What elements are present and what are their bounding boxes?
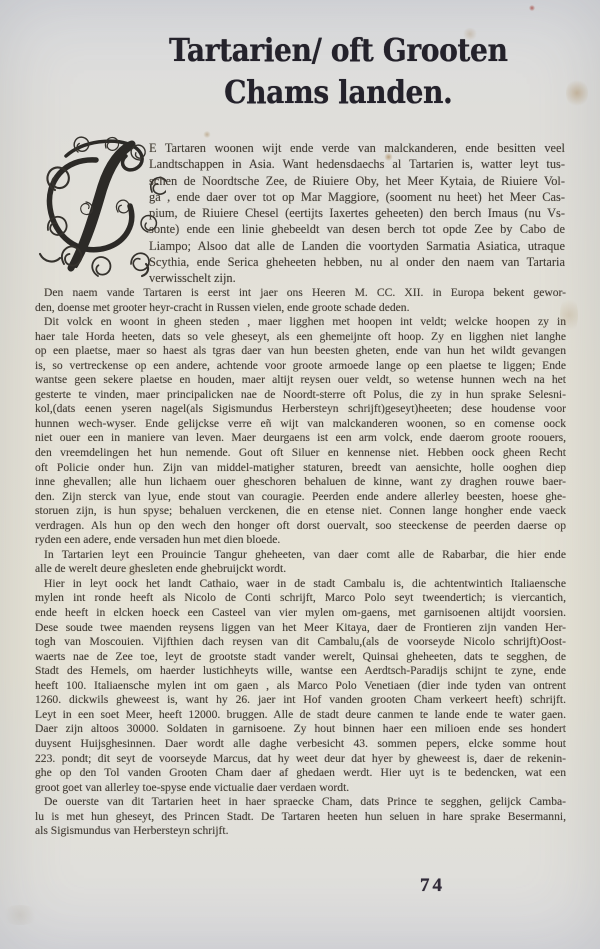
text-line: niet ouer een in maniere van leven. Maer… <box>35 431 566 446</box>
text-line: gesterte te vinden, maer principalicken … <box>35 388 566 403</box>
text-line: pium, de Riuiere Chesel (eertijts Iaxert… <box>149 205 565 221</box>
text-line: Daer zijn altoos 30000. Soldaten in garn… <box>35 722 566 737</box>
text-line: Landtschappen in Asia. Want hedensdaechs… <box>149 156 565 172</box>
scanned-book-page: { "title": { "line1": "Tartarien/ oft Gr… <box>0 0 600 949</box>
text-line: wantse geen sekere plaetse en houden, ma… <box>35 373 566 388</box>
text-line: groot goet van allerley toe-spyse ende v… <box>35 781 566 796</box>
text-line: den, doense met grooter heyr-cracht in R… <box>35 301 566 316</box>
text-line: De ouerste van dit Tartarien heet in hae… <box>35 795 566 810</box>
text-line: kol,(dats eenen yseren nagel(als Sigismu… <box>35 402 566 417</box>
page: Tartarien/ oft Grooten Chams landen. E T… <box>0 0 600 949</box>
text-line: als Sigismundus van Herbersteyn schrijft… <box>35 824 566 839</box>
text-line: Den naem vande Tartaren is eerst int jae… <box>35 286 566 301</box>
text-line: haer tale Horda heeten, dats so vele ghe… <box>35 330 566 345</box>
text-line: is, so vertreckense op een andere, achte… <box>35 359 566 374</box>
paragraph-naem: Den naem vande Tartaren is eerst int jae… <box>35 286 566 315</box>
text-line: verdragen. Als hun op den wech den honge… <box>35 519 566 534</box>
text-line: ryden een adere, ende versaden hun met d… <box>35 533 566 548</box>
title-line-2: Chams landen. <box>105 72 600 112</box>
text-line: Liampo; Alsoo dat alle de Landen die voo… <box>149 238 565 254</box>
text-line: ga , ende daer over tot op Mar Maggiore,… <box>149 189 565 205</box>
text-line: alle de werelt deure ghesleten ende gheb… <box>35 562 566 577</box>
text-line: mylen int ronde heeft als Nicolo de Cont… <box>35 591 566 606</box>
text-line: Leyt in een soet Meer, heeft 12000. brug… <box>35 708 566 723</box>
text-line: lu is met hun gheseyt, des Princen Stadt… <box>35 810 566 825</box>
text-line: op een plaetse, maer so haest als tgras … <box>35 344 566 359</box>
text-line: schen de Noordtsche Zee, de Riuiere Oby,… <box>149 173 565 189</box>
text-line: verwisschelt zijn. <box>149 270 565 286</box>
text-line: Dese soude twee maenden reysens liggen v… <box>35 621 566 636</box>
paper-stain <box>203 131 211 138</box>
text-line: storuen zijn, is hun spyse; behaluen ver… <box>35 504 566 519</box>
ornate-initial-d-icon <box>34 136 166 286</box>
text-line: heeft 100. Italiaensche mylen int om gae… <box>35 679 566 694</box>
text-line: den. Zijn sterck van lyue, ende stout va… <box>35 490 566 505</box>
text-line: E Tartaren woonen wijt ende verde van ma… <box>149 140 565 156</box>
paragraph-cathaio: Hier in leyt oock het landt Cathaio, wae… <box>35 577 566 795</box>
title-line-1: Tartarien/ oft Grooten <box>105 30 600 70</box>
text-line: ghe op den Tol vanden Grooten Cham daer … <box>35 766 566 781</box>
text-line: inne ghevallen; alle hun lichaem ouer gh… <box>35 475 566 490</box>
text-line: oft Policie onder hun. Zijn van middel-m… <box>35 461 566 476</box>
text-line: sonte) ende een linie ghebeeldt van dese… <box>149 221 565 237</box>
text-line: Scythia, ende Serica gheheeten hebben, n… <box>149 254 565 270</box>
page-number: 74 <box>420 875 445 897</box>
text-line: 223. pondt; dit seyt de voorseyde Marcus… <box>35 752 566 767</box>
text-line: In Tartarien leyt een Prouincie Tangur g… <box>35 548 566 563</box>
red-ink-speck <box>529 5 535 11</box>
text-line: den vreemdelingen het hun nemende. Gout … <box>35 446 566 461</box>
paragraph-intro: E Tartaren woonen wijt ende verde van ma… <box>149 140 565 287</box>
text-line: 1260. dickwils gheweest is, want hy 26. … <box>35 693 566 708</box>
text-line: togh van Moscouien. Vijfthien dach reyse… <box>35 635 566 650</box>
text-line: ende heeft in elcken hoeck een Casteel v… <box>35 606 566 621</box>
paragraph-volck: Dit volck en woont in gheen steden , mae… <box>35 315 566 548</box>
paper-stain <box>0 905 40 925</box>
text-line: hunnen wech-wyser. Ende gelijckse verre … <box>35 417 566 432</box>
text-line: duysent Huijsghesinnen. Daer wordt alle … <box>35 737 566 752</box>
text-column: Den naem vande Tartaren is eerst int jae… <box>35 286 566 839</box>
paragraph-ouerste: De ouerste van dit Tartarien heet in hae… <box>35 795 566 839</box>
text-line: Stadt des Hemels, om haerder lustichheyt… <box>35 664 566 679</box>
paragraph-tangur: In Tartarien leyt een Prouincie Tangur g… <box>35 548 566 577</box>
text-line: Dit volck en woont in gheen steden , mae… <box>35 315 566 330</box>
text-line: waerts nae de Zee toe, leyt de grootste … <box>35 650 566 665</box>
text-line: Hier in leyt oock het landt Cathaio, wae… <box>35 577 566 592</box>
